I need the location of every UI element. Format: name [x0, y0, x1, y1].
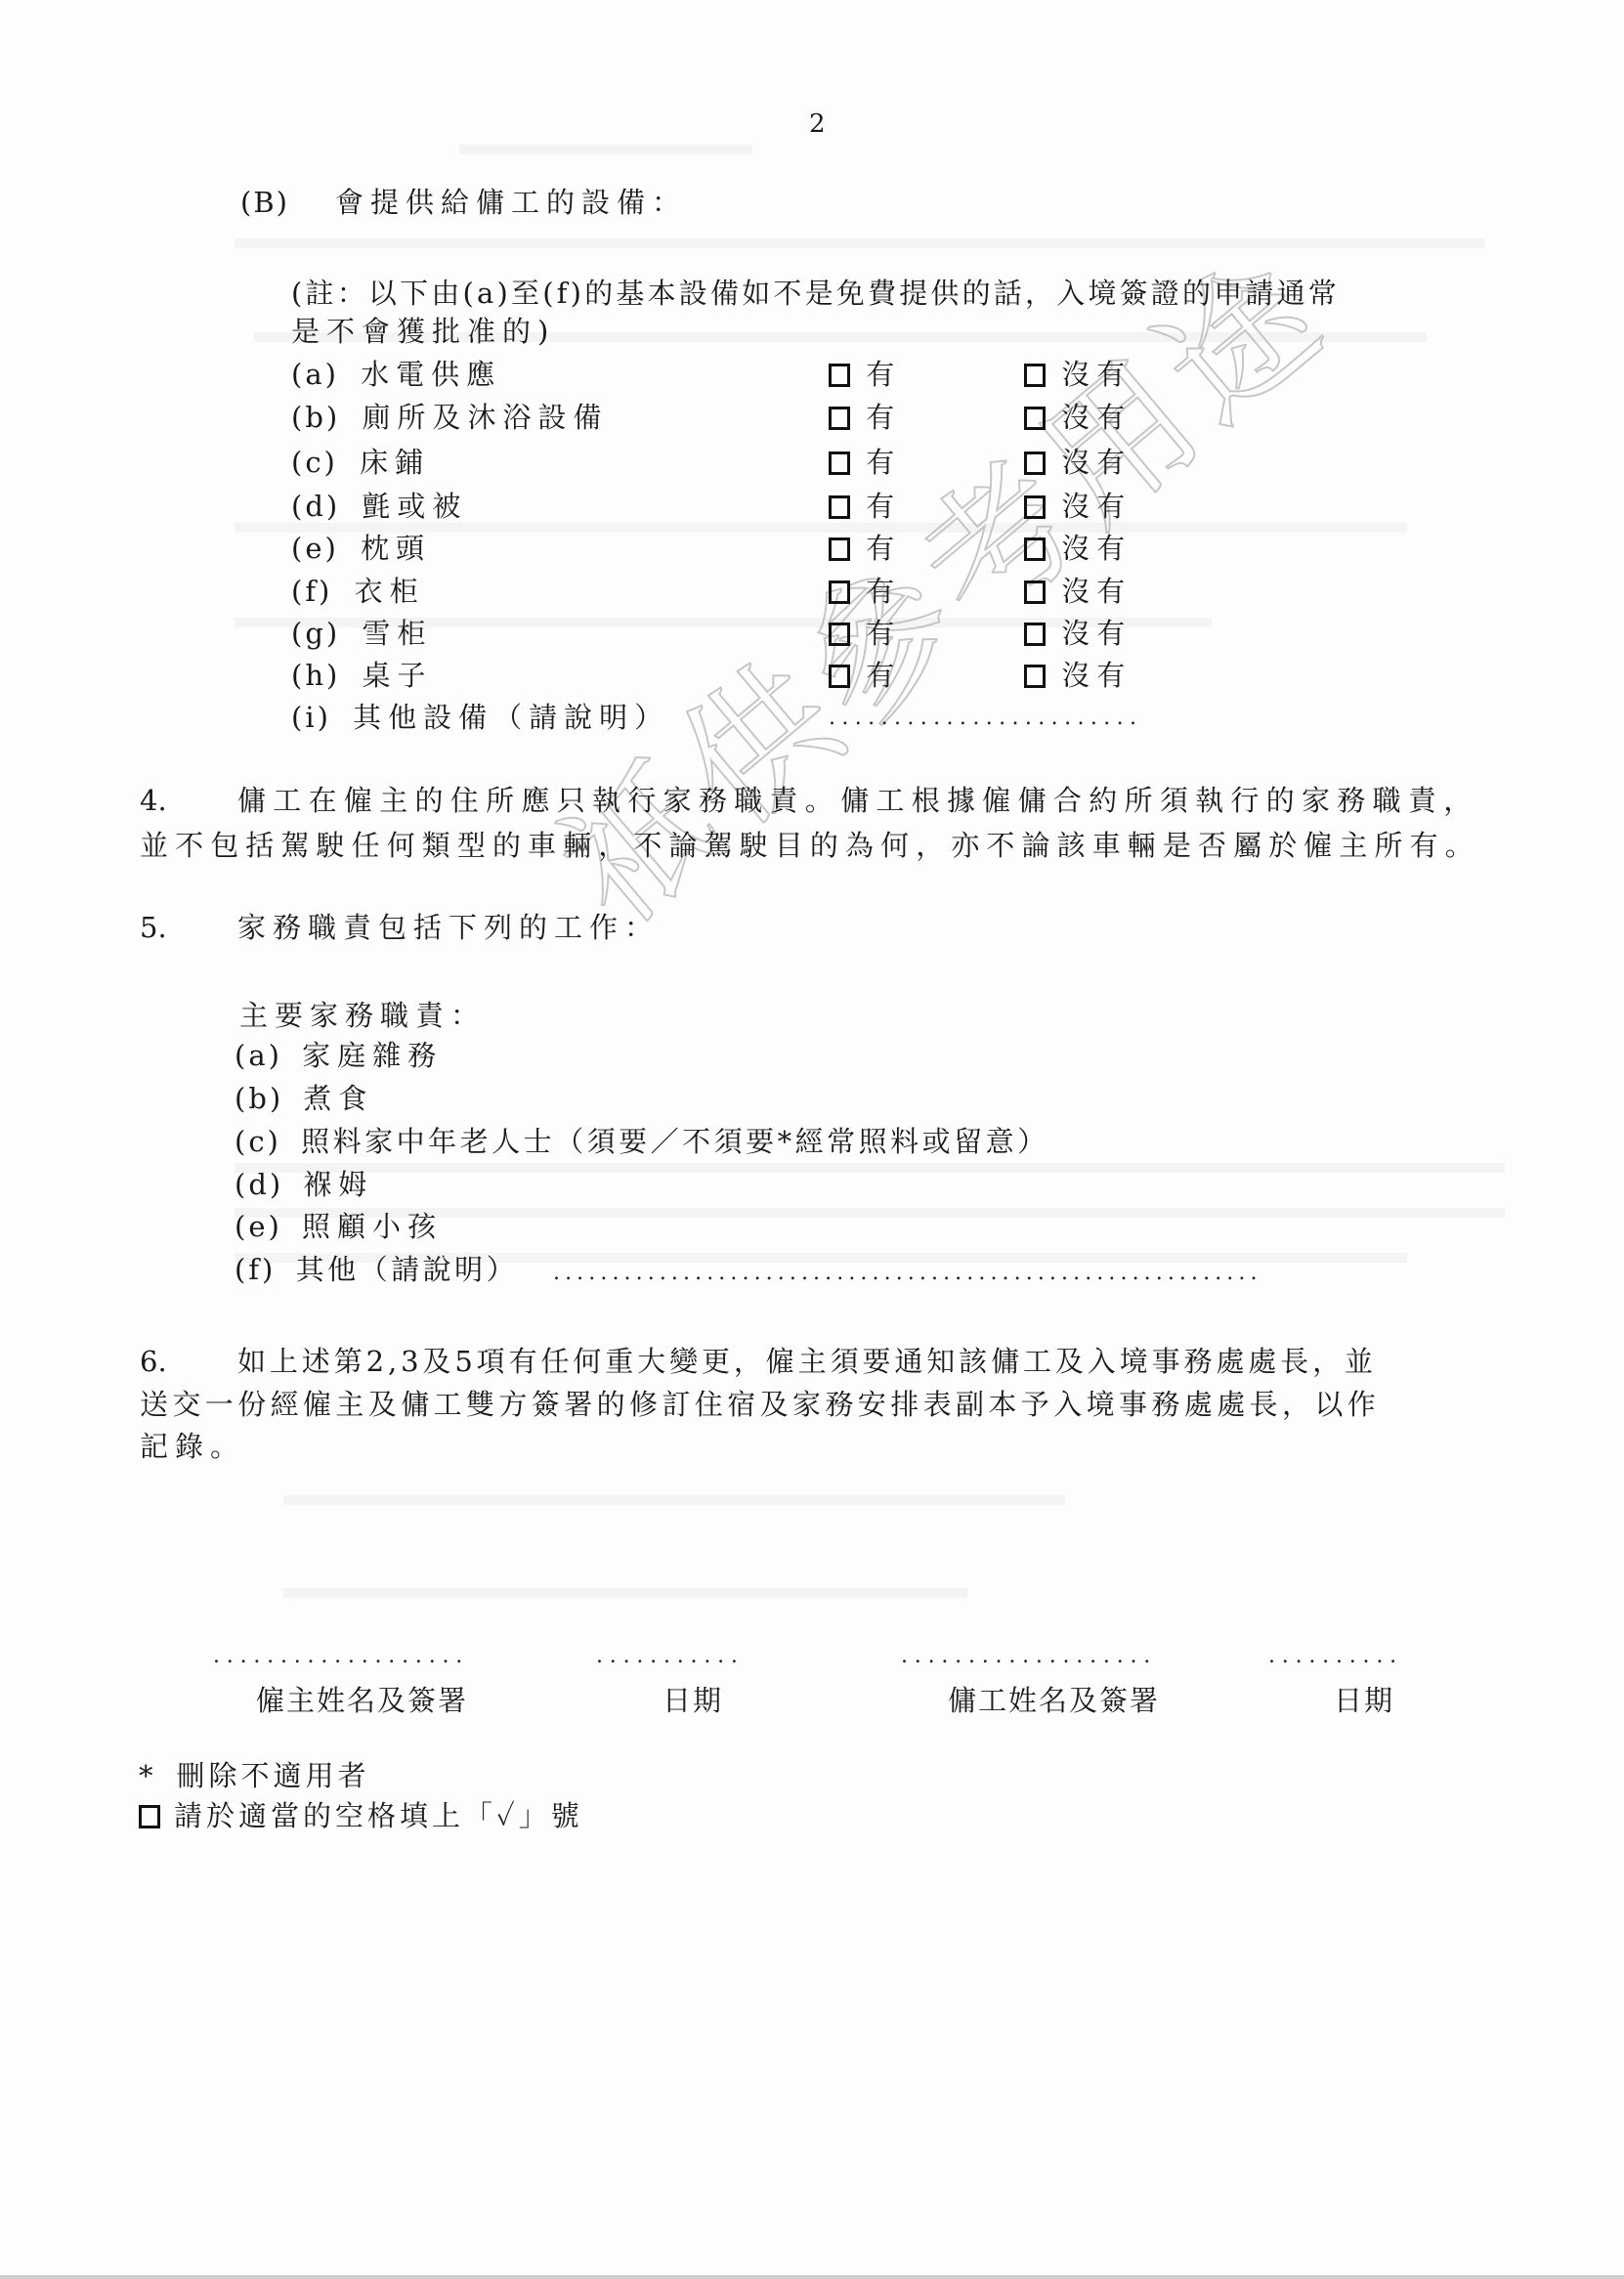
equipment-e-yes-checkbox[interactable]: 有	[829, 532, 901, 565]
checkbox-icon[interactable]	[1024, 623, 1046, 646]
equipment-item: (g) 雪柜	[291, 617, 432, 650]
section-b-note-line1: (註：以下由(a)至(f)的基本設備如不是免費提供的話，入境簽證的申請通常	[291, 277, 1340, 310]
employer-date-label: 日期	[662, 1679, 723, 1719]
helper-date-field[interactable]: ..........	[1268, 1644, 1403, 1668]
equipment-h-yes-checkbox[interactable]: 有	[829, 659, 901, 692]
checkbox-icon[interactable]	[1024, 580, 1046, 604]
equipment-f-no-checkbox[interactable]: 沒有	[1024, 575, 1132, 608]
equipment-item: (c) 床鋪	[291, 446, 430, 479]
section-6-line3: 記錄。	[140, 1430, 245, 1463]
helper-signature-field[interactable]: ...................	[901, 1644, 1157, 1668]
equipment-d-yes-checkbox[interactable]: 有	[829, 490, 901, 523]
equipment-g-yes-checkbox[interactable]: 有	[829, 617, 901, 650]
checkbox-icon[interactable]	[829, 407, 850, 430]
bleed-through	[235, 238, 1485, 248]
checkbox-icon[interactable]	[1024, 451, 1046, 475]
checkbox-icon[interactable]	[829, 665, 850, 688]
equipment-e-no-checkbox[interactable]: 沒有	[1024, 532, 1132, 565]
duty-item: (b) 煮食	[235, 1082, 373, 1115]
equipment-h-no-checkbox[interactable]: 沒有	[1024, 659, 1132, 692]
equipment-other-item: (i) 其他設備（請說明）	[291, 701, 669, 734]
employer-signature-field[interactable]: ...................	[213, 1644, 469, 1668]
bleed-through	[283, 1588, 967, 1598]
checkbox-icon[interactable]	[829, 495, 850, 519]
checkbox-icon[interactable]	[829, 537, 850, 561]
equipment-item: (a) 水電供應	[291, 358, 501, 391]
checkbox-icon[interactable]	[1024, 537, 1046, 561]
equipment-item: (e) 枕頭	[291, 532, 431, 565]
section-4-number: 4.	[140, 784, 167, 817]
equipment-g-no-checkbox[interactable]: 沒有	[1024, 617, 1132, 650]
asterisk-mark: *	[139, 1759, 157, 1792]
section-6-line1: 如上述第2,3及5項有任何重大變更，僱主須要通知該傭工及入境事務處處長，並	[237, 1345, 1377, 1378]
equipment-item: (f) 衣柜	[291, 575, 425, 608]
section-4-line1: 傭工在僱主的住所應只執行家務職責。傭工根據僱傭合約所須執行的家務職責，	[237, 784, 1479, 817]
scan-edge	[0, 2275, 1624, 2279]
section-6-line2: 送交一份經僱主及傭工雙方簽署的修訂住宿及家務安排表副本予入境事務處處長，以作	[140, 1388, 1380, 1421]
section-b-title: 會提供給傭工的設備：	[335, 186, 687, 219]
checkbox-icon[interactable]	[829, 451, 850, 475]
duty-item: (c) 照料家中年老人士（須要／不須要*經常照料或留意）	[235, 1125, 1049, 1158]
equipment-d-no-checkbox[interactable]: 沒有	[1024, 490, 1132, 523]
section-5-subheading: 主要家務職責：	[239, 999, 486, 1032]
duty-item: (f) 其他（請說明）	[235, 1253, 518, 1286]
equipment-item: (d) 氈或被	[291, 490, 467, 523]
equipment-b-yes-checkbox[interactable]: 有	[829, 401, 901, 434]
duty-item: (d) 褓姆	[235, 1168, 373, 1201]
checkbox-icon[interactable]	[1024, 364, 1046, 387]
checkbox-icon[interactable]	[829, 364, 850, 387]
equipment-c-no-checkbox[interactable]: 沒有	[1024, 446, 1132, 479]
section-5-intro: 家務職責包括下列的工作：	[237, 911, 660, 944]
bleed-through	[235, 1163, 1505, 1173]
checkbox-icon[interactable]	[829, 580, 850, 604]
bleed-through	[283, 1495, 1065, 1505]
checkbox-icon[interactable]	[1024, 407, 1046, 430]
employer-date-field[interactable]: ...........	[596, 1644, 745, 1668]
helper-signature-label: 傭工姓名及簽署	[948, 1679, 1160, 1719]
footnote-asterisk: *刪除不適用者	[139, 1759, 370, 1792]
helper-date-label: 日期	[1334, 1679, 1394, 1719]
equipment-item: (b) 廁所及沐浴設備	[291, 401, 608, 434]
equipment-f-yes-checkbox[interactable]: 有	[829, 575, 901, 608]
equipment-item: (h) 桌子	[291, 659, 433, 692]
page-number: 2	[809, 109, 826, 139]
duty-item: (a) 家庭雜務	[235, 1039, 443, 1072]
section-6-number: 6.	[140, 1345, 167, 1378]
equipment-b-no-checkbox[interactable]: 沒有	[1024, 401, 1132, 434]
equipment-a-no-checkbox[interactable]: 沒有	[1024, 358, 1132, 391]
checkbox-icon[interactable]	[1024, 495, 1046, 519]
checkbox-icon[interactable]	[1024, 665, 1046, 688]
duty-other-field[interactable]: ........................................…	[553, 1261, 1262, 1285]
checkbox-icon[interactable]	[829, 623, 850, 646]
equipment-a-yes-checkbox[interactable]: 有	[829, 358, 901, 391]
duty-item: (e) 照顧小孩	[235, 1210, 443, 1243]
employer-signature-label: 僱主姓名及簽署	[256, 1679, 468, 1719]
section-b-marker: (B)	[240, 186, 289, 219]
bleed-through	[459, 145, 752, 154]
equipment-c-yes-checkbox[interactable]: 有	[829, 446, 901, 479]
section-b-note-line2: 是不會獲批准的)	[291, 315, 555, 348]
footnote-checkbox: 請於適當的空格填上「✓」號	[139, 1799, 583, 1832]
section-5-number: 5.	[140, 911, 167, 944]
section-4-line2: 並不包括駕駛任何類型的車輛，不論駕駛目的為何，亦不論該車輛是否屬於僱主所有。	[140, 829, 1480, 862]
equipment-other-field[interactable]: ........................	[829, 706, 1142, 730]
checkbox-icon	[139, 1805, 160, 1828]
